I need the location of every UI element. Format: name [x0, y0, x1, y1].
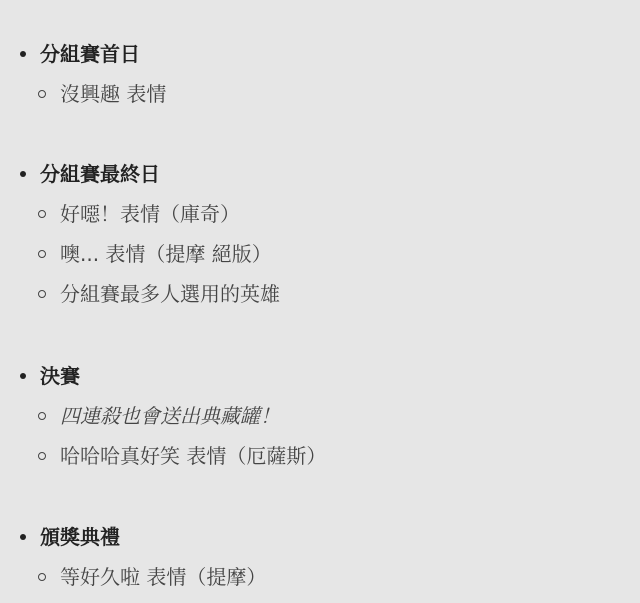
bullet-disc-icon [20, 171, 26, 177]
item-text: 等好久啦 表情（提摩） [60, 565, 266, 589]
item-text: 好噁！表情（庫奇） [60, 202, 240, 226]
bullet-circle-icon [38, 290, 46, 298]
item-text: 四連殺也會送出典藏罐！ [60, 404, 280, 428]
section-group-stage-day1: 分組賽首日 沒興趣 表情 [0, 34, 640, 114]
item-text: 沒興趣 表情 [60, 82, 166, 106]
item-text: 噢... 表情（提摩 絕版） [60, 242, 272, 266]
list-item: 好噁！表情（庫奇） [0, 194, 640, 234]
section-heading: 頒獎典禮 [0, 517, 640, 557]
heading-text: 分組賽最終日 [40, 162, 160, 186]
heading-text: 決賽 [40, 364, 80, 388]
section-heading: 決賽 [0, 356, 640, 396]
document: 分組賽首日 沒興趣 表情 分組賽最終日 好噁！表情（庫奇） 噢... 表情（提摩… [0, 0, 640, 603]
bullet-disc-icon [20, 373, 26, 379]
bullet-circle-icon [38, 90, 46, 98]
list-item: 噢... 表情（提摩 絕版） [0, 234, 640, 274]
item-text: 哈哈哈真好笑 表情（厄薩斯） [60, 444, 326, 468]
section-group-stage-final-day: 分組賽最終日 好噁！表情（庫奇） 噢... 表情（提摩 絕版） 分組賽最多人選用… [0, 154, 640, 314]
section-awards-ceremony: 頒獎典禮 等好久啦 表情（提摩） [0, 517, 640, 597]
section-heading: 分組賽首日 [0, 34, 640, 74]
heading-text: 分組賽首日 [40, 42, 140, 66]
list-item: 沒興趣 表情 [0, 74, 640, 114]
bullet-disc-icon [20, 534, 26, 540]
bullet-circle-icon [38, 250, 46, 258]
list-item: 分組賽最多人選用的英雄 [0, 274, 640, 314]
item-text: 分組賽最多人選用的英雄 [60, 282, 280, 306]
list-item: 等好久啦 表情（提摩） [0, 557, 640, 597]
bullet-circle-icon [38, 412, 46, 420]
list-item: 四連殺也會送出典藏罐！ [0, 396, 640, 436]
heading-text: 頒獎典禮 [40, 525, 120, 549]
section-heading: 分組賽最終日 [0, 154, 640, 194]
bullet-disc-icon [20, 51, 26, 57]
list-item: 哈哈哈真好笑 表情（厄薩斯） [0, 436, 640, 476]
bullet-circle-icon [38, 452, 46, 460]
bullet-circle-icon [38, 573, 46, 581]
bullet-circle-icon [38, 210, 46, 218]
section-finals: 決賽 四連殺也會送出典藏罐！ 哈哈哈真好笑 表情（厄薩斯） [0, 356, 640, 476]
